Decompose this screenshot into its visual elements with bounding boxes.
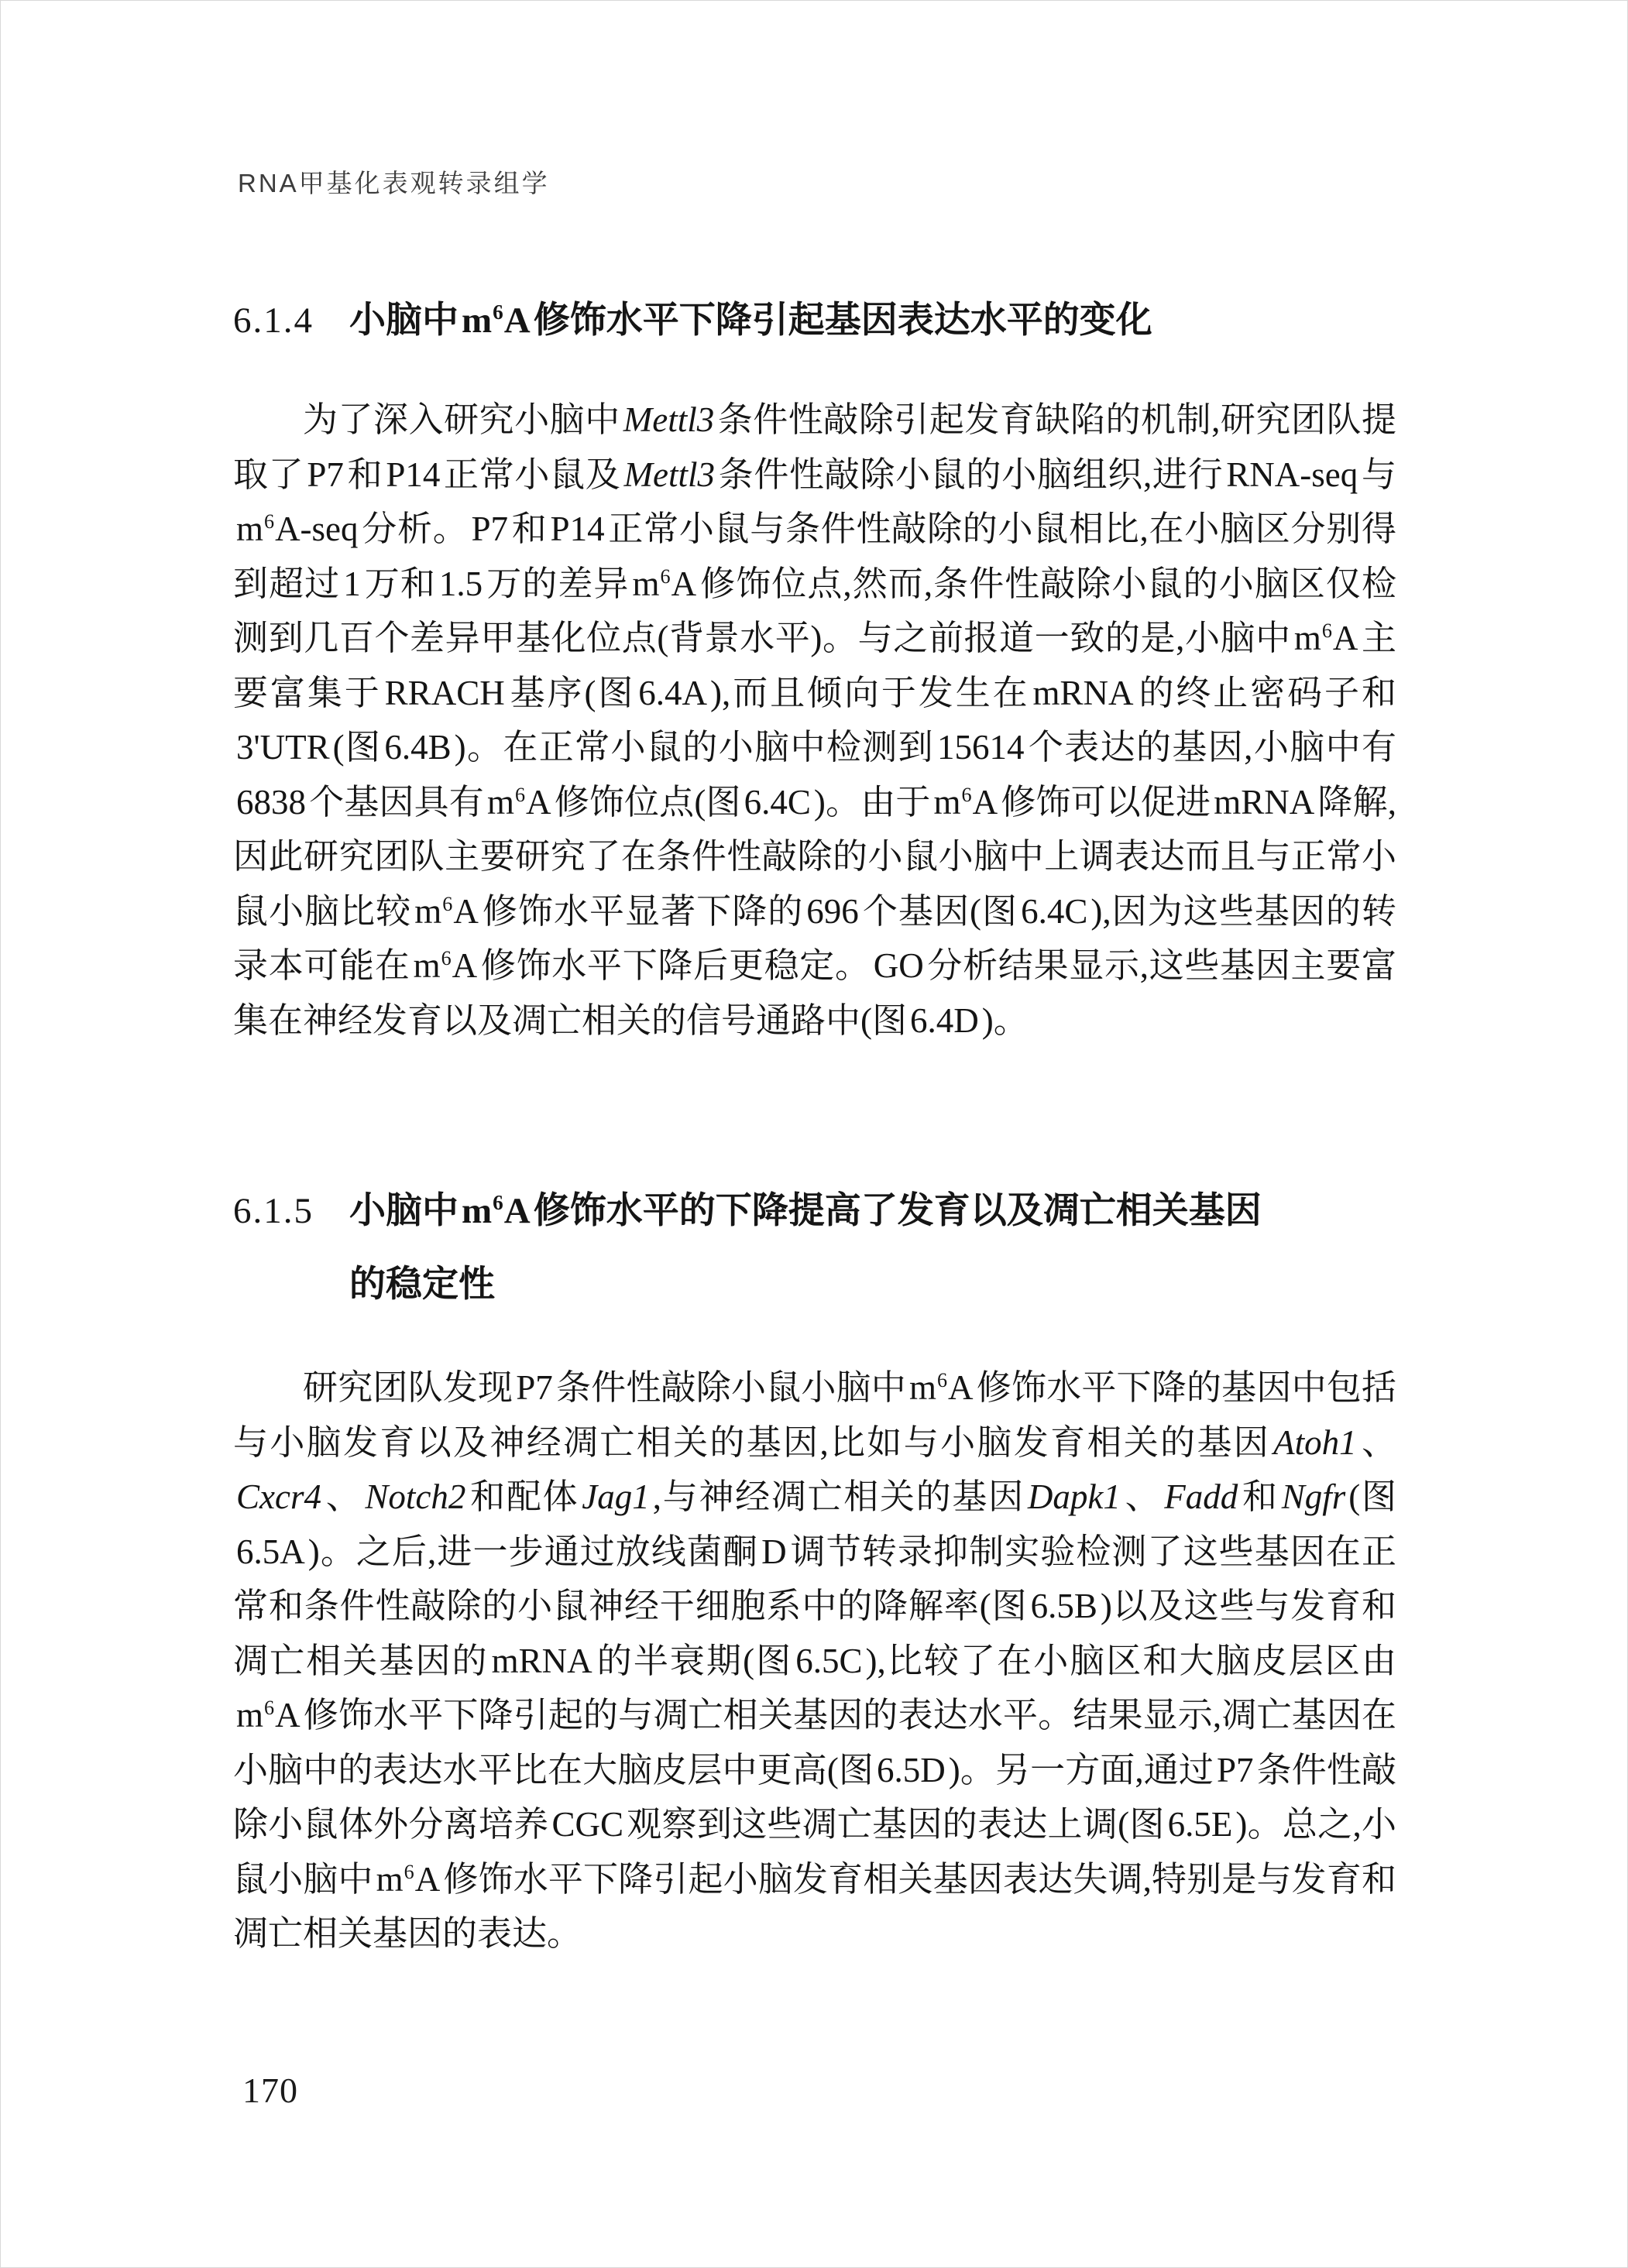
section-title-line: 小脑中m6A修饰水平下降引起基因表达水平的变化 [349,284,1152,358]
section-title: 小脑中m6A修饰水平的下降提高了发育以及凋亡相关基因 的稳定性 [349,1175,1262,1322]
section-614-paragraph: 为了深入研究小脑中Mettl3条件性敲除引起发育缺陷的机制,研究团队提取了P7和… [233,393,1396,1048]
section-title-line: 小脑中m6A修饰水平的下降提高了发育以及凋亡相关基因 [349,1175,1262,1248]
section-title: 小脑中m6A修饰水平下降引起基因表达水平的变化 [349,284,1152,358]
page-number: 170 [242,2070,298,2111]
section-heading-615: 6.1.5 小脑中m6A修饰水平的下降提高了发育以及凋亡相关基因 的稳定性 [233,1175,1401,1322]
section-title-line: 的稳定性 [349,1248,1262,1322]
section-615-paragraph: 研究团队发现P7条件性敲除小鼠小脑中m6A修饰水平下降的基因中包括与小脑发育以及… [233,1360,1396,1961]
book-page: RNA甲基化表观转录组学 6.1.4 小脑中m6A修饰水平下降引起基因表达水平的… [0,0,1628,2268]
section-number: 6.1.5 [233,1175,314,1248]
running-header: RNA甲基化表观转录组学 [238,163,550,200]
section-number: 6.1.4 [233,284,314,358]
section-heading-614: 6.1.4 小脑中m6A修饰水平下降引起基因表达水平的变化 [233,284,1401,358]
